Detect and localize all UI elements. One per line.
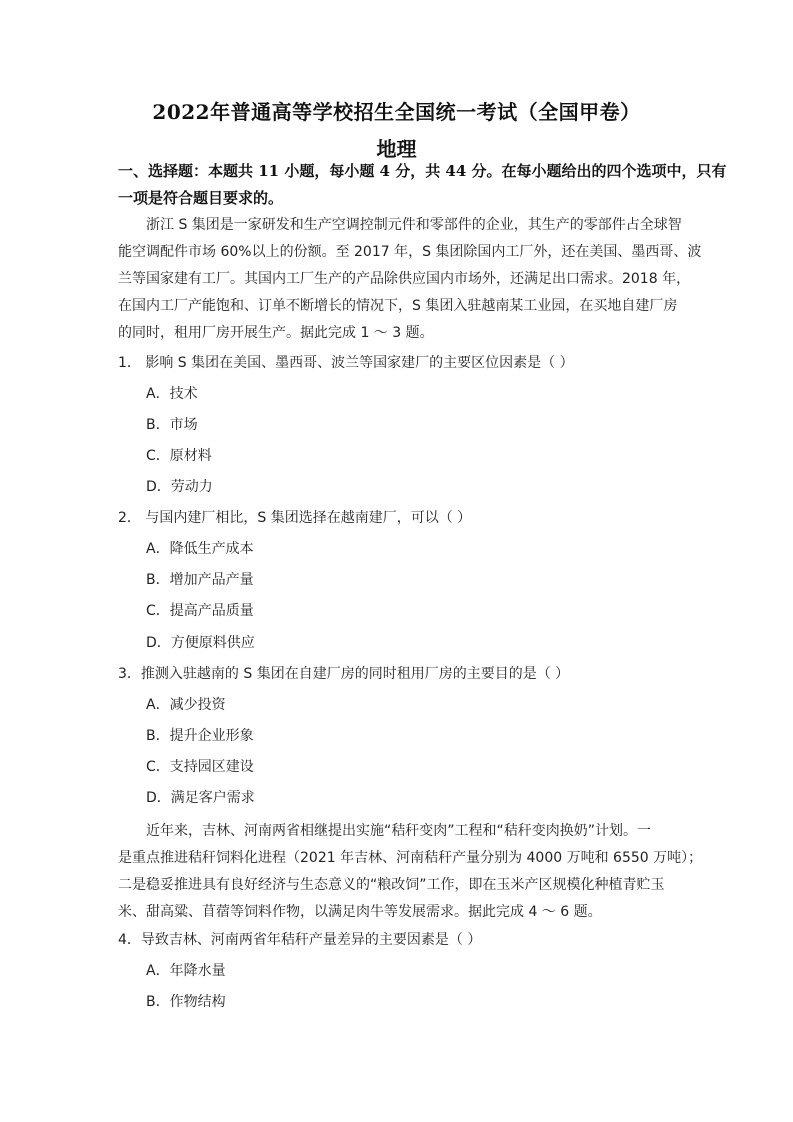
passage-1-line-5: 的同时，租用厂房开展生产。据此完成 1 ～ 3 题。: [118, 324, 434, 342]
passage-1-line-1: 浙江 S 集团是一家研发和生产空调控制元件和零部件的企业，其生产的零部件占全球智: [146, 216, 682, 234]
question-1-option-d: D．劳动力: [146, 478, 213, 496]
question-3-option-b: B．提升企业形象: [146, 727, 254, 745]
passage-1-line-2: 能空调配件市场 60%以上的份额。至 2017 年，S 集团除国内工厂外，还在美…: [118, 243, 701, 261]
passage-1-line-3: 兰等国家建有工厂。其国内工厂生产的产品除供应国内市场外，还满足出口需求。2018…: [118, 270, 690, 288]
question-2-option-a: A．降低生产成本: [146, 540, 254, 558]
question-4-option-b: B．作物结构: [146, 993, 226, 1011]
question-3-option-c: C．支持园区建设: [146, 758, 254, 776]
question-3-option-d: D．满足客户需求: [146, 789, 255, 807]
question-1-option-b: B．市场: [146, 416, 198, 434]
question-2-option-b: B．增加产品产量: [146, 571, 254, 589]
question-2-stem: 2． 与国内建厂相比，S 集团选择在越南建厂，可以（ ）: [118, 509, 471, 527]
question-2-option-c: C．提高产品质量: [146, 602, 254, 620]
question-1-stem: 1． 影响 S 集团在美国、墨西哥、波兰等国家建厂的主要区位因素是（ ）: [118, 354, 574, 372]
section-heading-line-2: 一项是符合题目要求的。: [118, 189, 283, 207]
passage-2-line-3: 二是稳妥推进具有良好经济与生态意义的“粮改饲”工作，即在玉米产区规模化种植青贮玉: [118, 876, 665, 894]
passage-2-line-2: 是重点推进秸秆饲料化进程（2021 年吉林、河南秸秆产量分别为 4000 万吨和…: [118, 849, 702, 867]
question-3-stem: 3．推测入驻越南的 S 集团在自建厂房的同时租用厂房的主要目的是（ ）: [118, 665, 569, 683]
question-4-option-a: A．年降水量: [146, 962, 226, 980]
question-1-option-a: A．技术: [146, 385, 198, 403]
passage-2-line-4: 米、甜高粱、苜蓿等饲料作物，以满足肉牛等发展需求。据此完成 4 ～ 6 题。: [118, 903, 602, 921]
question-4-stem: 4．导致吉林、河南两省年秸秆产量差异的主要因素是（ ）: [118, 931, 481, 949]
question-2-option-d: D．方便原料供应: [146, 634, 255, 652]
passage-1-line-4: 在国内工厂产能饱和、订单不断增长的情况下，S 集团入驻越南某工业园，在买地自建厂…: [118, 297, 677, 315]
subject-title: 地理: [0, 133, 793, 162]
passage-2-line-1: 近年来，吉林、河南两省相继提出实施“秸秆变肉”工程和“秸秆变肉换奶”计划。一: [146, 822, 651, 840]
exam-title: 2022年普通高等学校招生全国统一考试（全国甲卷）: [0, 96, 793, 125]
section-heading-line-1: 一、选择题：本题共 11 小题，每小题 4 分，共 44 分。在每小题给出的四个…: [118, 162, 727, 180]
question-1-option-c: C．原材料: [146, 447, 212, 465]
exam-page: 2022年普通高等学校招生全国统一考试（全国甲卷） 地理 一、选择题：本题共 1…: [0, 0, 793, 1122]
question-3-option-a: A．减少投资: [146, 696, 226, 714]
